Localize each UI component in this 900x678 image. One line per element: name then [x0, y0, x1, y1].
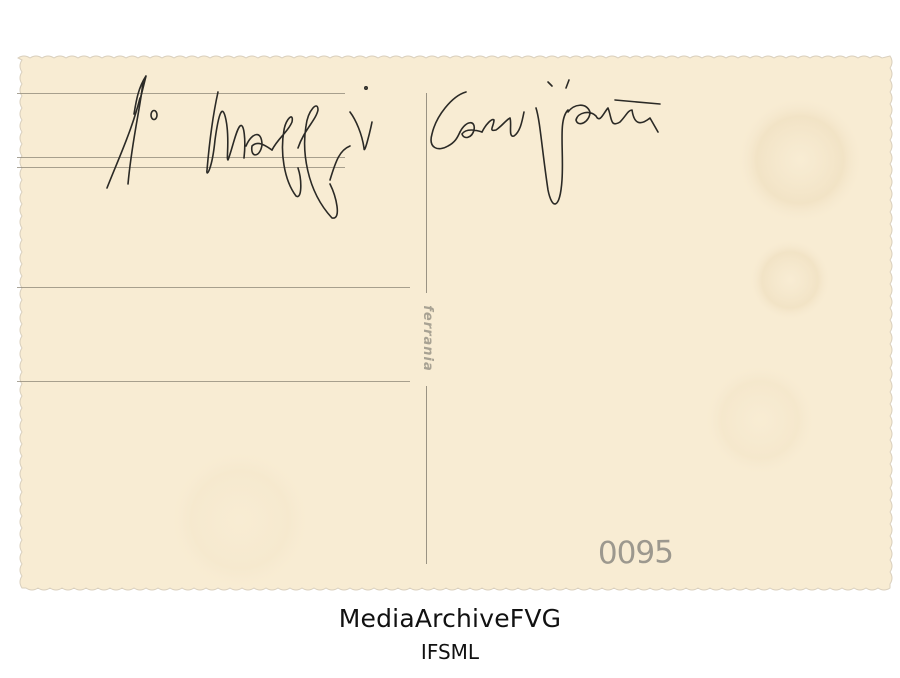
ruled-line-2: [17, 157, 345, 158]
archive-caption-subtitle: IFSML: [0, 640, 900, 664]
center-divider-top: [426, 93, 427, 293]
ruled-line-5: [17, 381, 410, 382]
ruled-line-1: [17, 93, 345, 94]
catalog-number: 0095: [598, 534, 674, 571]
printed-brand: ferrania: [412, 298, 442, 378]
ruled-line-3: [17, 167, 345, 168]
postcard-paper: [0, 0, 900, 610]
printed-brand-text: ferrania: [420, 305, 435, 372]
archive-caption-title: MediaArchiveFVG: [0, 604, 900, 633]
postcard: ferrania 1° Maggio Cervignan: [0, 0, 900, 610]
ruled-line-4: [17, 287, 410, 288]
center-divider-bottom: [426, 386, 427, 564]
